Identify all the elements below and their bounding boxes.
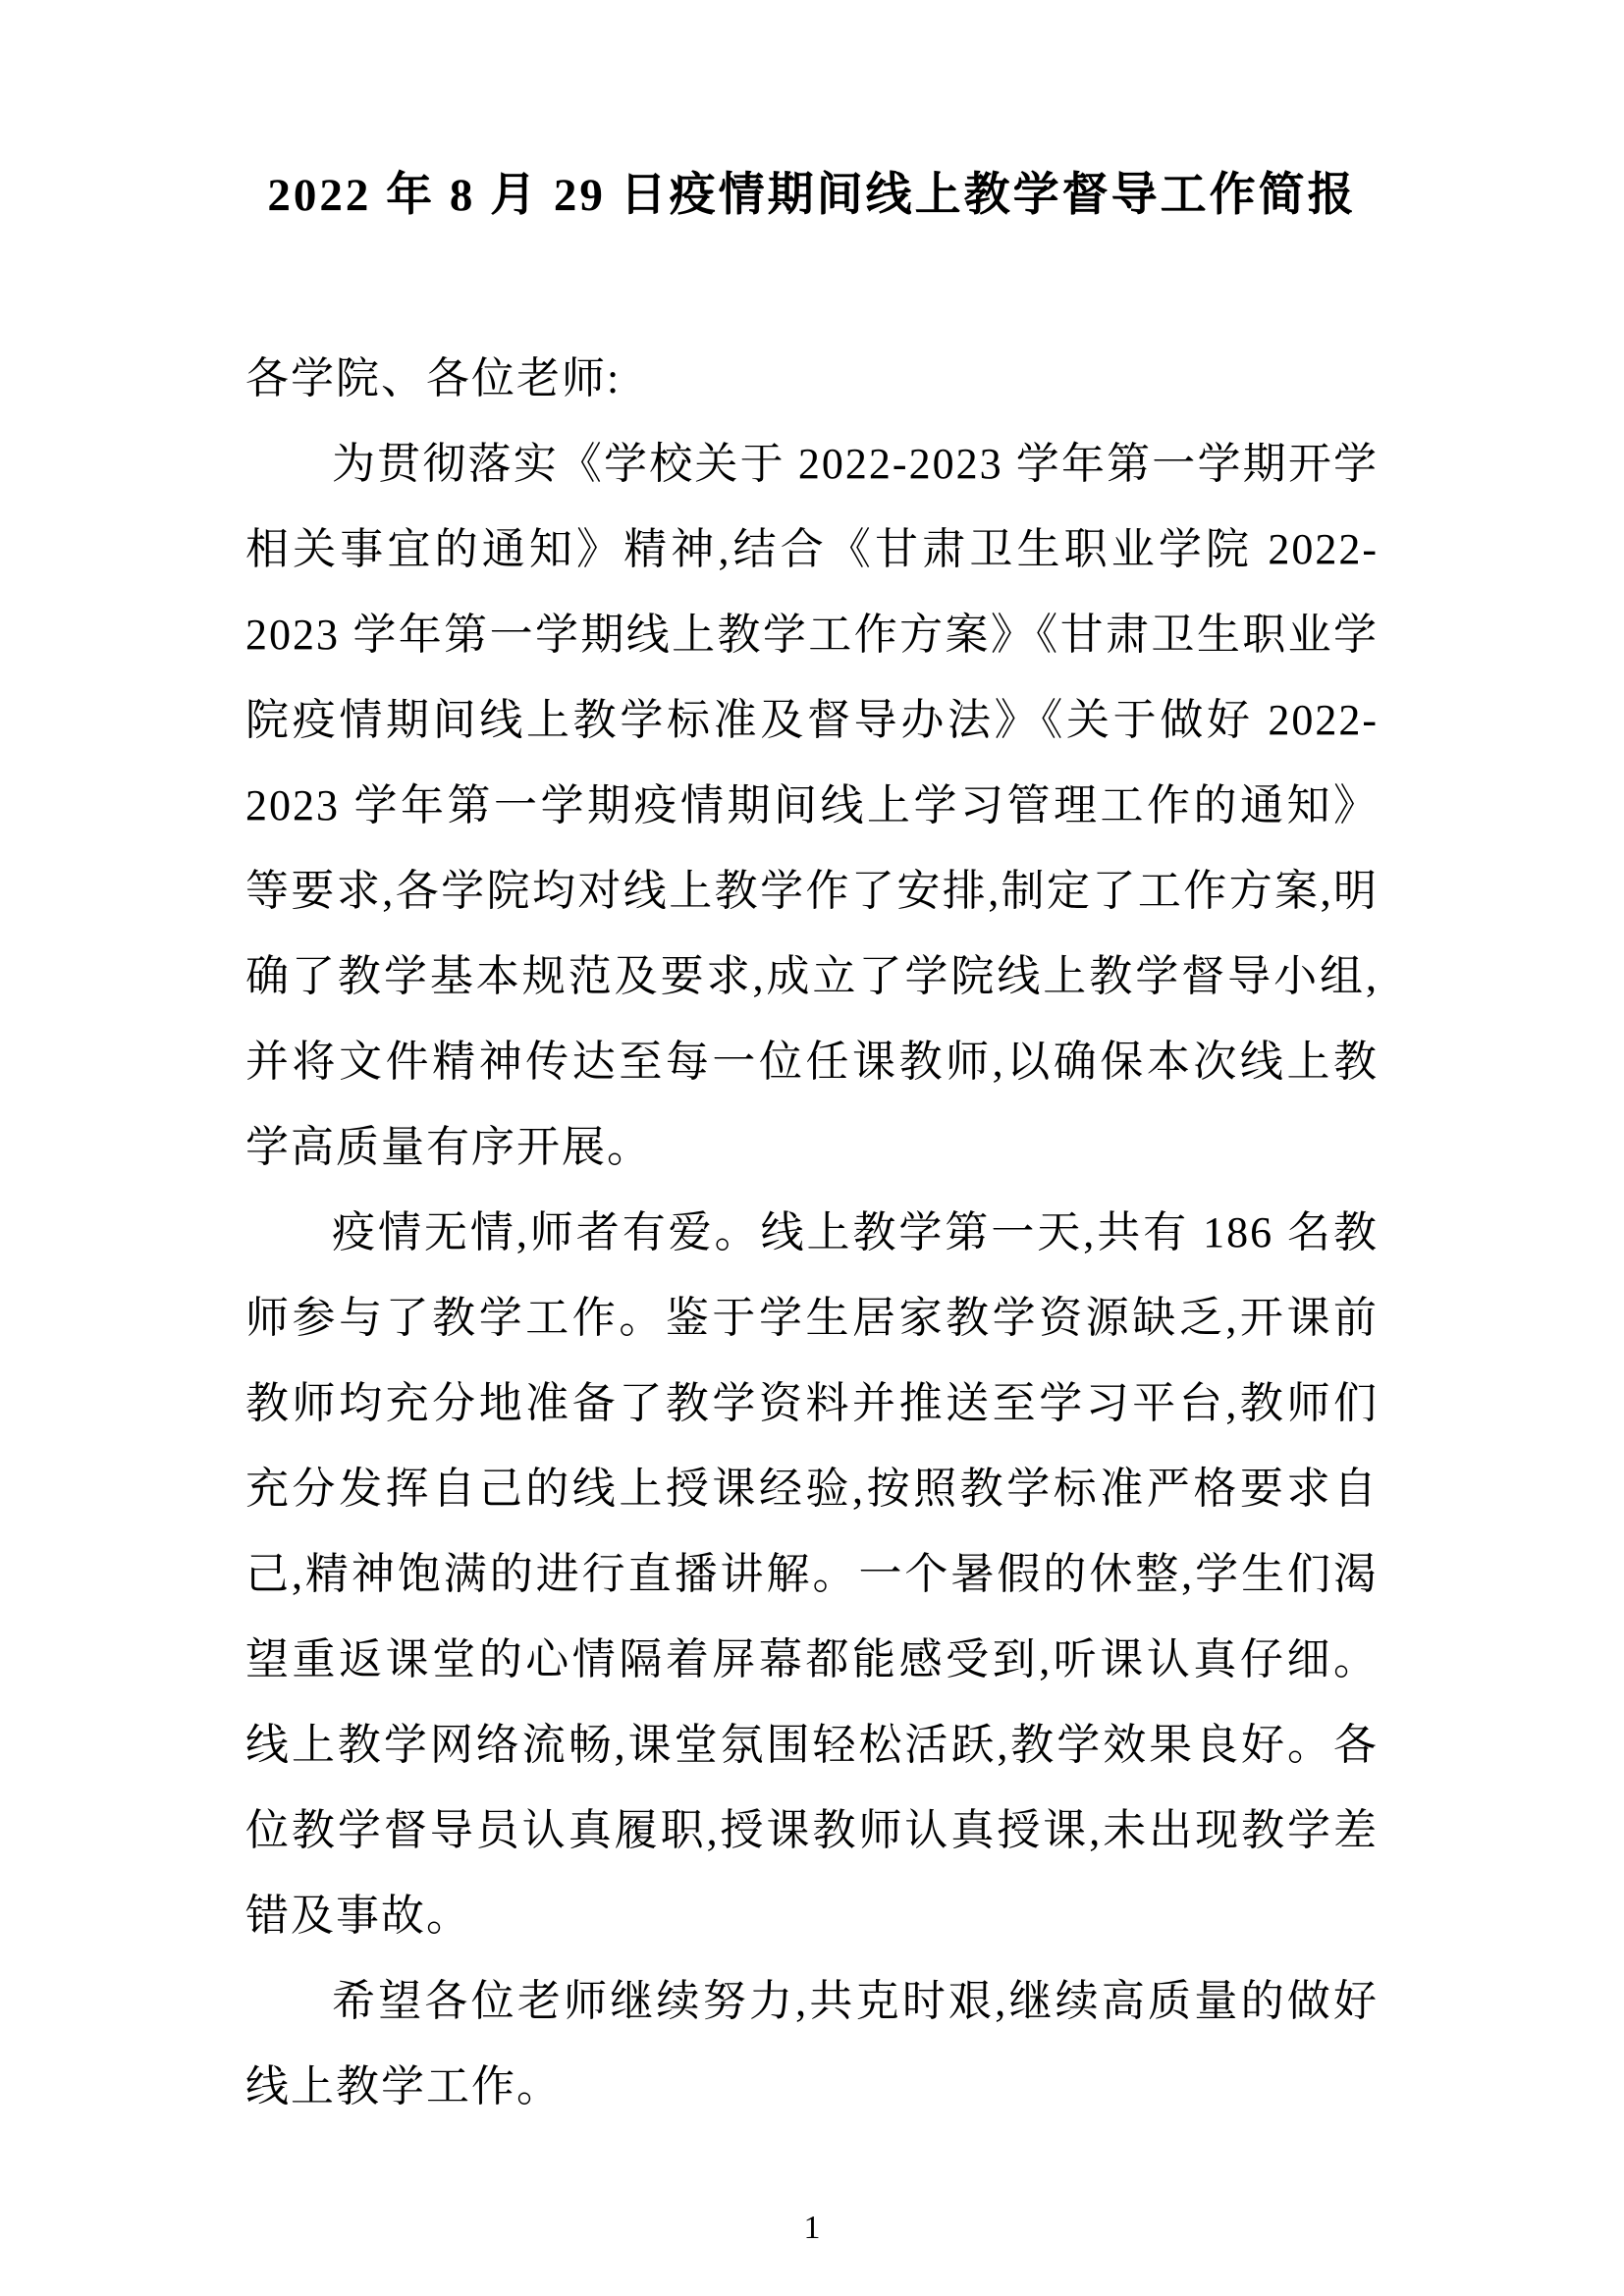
document-body: 各学院、各位老师: 为贯彻落实《学校关于 2022-2023 学年第一学期开学相… <box>245 336 1379 2129</box>
document-title: 2022 年 8 月 29 日疫情期间线上教学督导工作简报 <box>196 169 1428 222</box>
document-page: 2022 年 8 月 29 日疫情期间线上教学督导工作简报 各学院、各位老师: … <box>0 0 1624 2296</box>
paragraph-1: 为贯彻落实《学校关于 2022-2023 学年第一学期开学相关事宜的通知》精神,… <box>245 421 1379 1190</box>
salutation-line: 各学院、各位老师: <box>245 336 1379 421</box>
paragraph-2: 疫情无情,师者有爱。线上教学第一天,共有 186 名教师参与了教学工作。鉴于学生… <box>245 1190 1379 1958</box>
paragraph-3: 希望各位老师继续努力,共克时艰,继续高质量的做好线上教学工作。 <box>245 1958 1379 2129</box>
page-number: 1 <box>0 2212 1624 2245</box>
